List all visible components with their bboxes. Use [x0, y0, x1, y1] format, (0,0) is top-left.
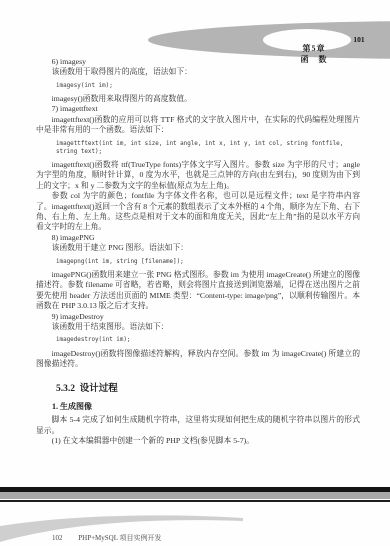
text-block-h4: 1. 生成图像 — [52, 401, 360, 412]
text-block-code: imagesy(int im); — [56, 82, 360, 90]
footer-page-number: 102 — [52, 534, 63, 542]
text-block-p: 该函数用于取得图片的高度，语法如下： — [36, 67, 360, 77]
page-number: 101 — [344, 35, 374, 44]
text-block-code: imagettftext(int im, int size, int angle… — [56, 140, 360, 156]
text-block-p: imagettftext()函数的应用可以将 TTF 格式的文字放入图片中，在实… — [36, 115, 360, 136]
text-block-p: 该函数用于建立 PNG 图形。语法如下： — [36, 243, 360, 253]
text-block-p: 该函数用于结束图形。语法如下： — [36, 322, 360, 332]
text-block-li: 6) imagesy — [36, 57, 360, 67]
footer-book-title: PHP+MySQL 项目实例开发 — [78, 534, 161, 542]
book-page: 第5章 函 数 101 6) imagesy该函数用于取得图片的高度，语法如下：… — [0, 0, 390, 546]
page-content: 6) imagesy该函数用于取得图片的高度，语法如下：imagesy(int … — [36, 57, 360, 447]
text-block-li: 7) imagettftext — [36, 104, 360, 114]
bottom-rule-thin — [0, 500, 390, 502]
bottom-rule-gray — [0, 492, 390, 499]
text-block-p: (1) 在文本编辑器中创建一个新的 PHP 文档(参见脚本 5-7)。 — [36, 436, 360, 446]
text-block-p: 参数 col 为字的颜色；fontfile 为字体文件名称，也可以是远程文件；t… — [36, 191, 360, 233]
text-block-li: 9) imageDestroy — [36, 312, 360, 322]
text-block-p: imageDestroy()函数将图像描述符解构，释放内存空间。参数 im 为 … — [36, 349, 360, 370]
text-block-code: imagepng(int im, string [filename]); — [56, 258, 360, 266]
text-block-h3: 5.3.2 设计过程 — [56, 380, 360, 394]
text-block-p: 脚本 5-4 完成了如何生成随机字符串，这里将实现如何把生成的随机字符串以图片的… — [36, 415, 360, 436]
text-block-p: imagesy()函数用来取得图片的高度数值。 — [36, 94, 360, 104]
text-block-li: 8) imagePNG — [36, 233, 360, 243]
running-foot: 102 PHP+MySQL 项目实例开发 — [52, 533, 352, 543]
chapter-label: 第5章 — [303, 44, 326, 53]
text-block-code: imagedestroy(int im); — [56, 336, 360, 344]
text-block-p: imagePNG()函数用来建立一张 PNG 格式图形。参数 im 为使用 im… — [36, 270, 360, 312]
text-block-p: imagettftext()函数将 ttf(TrueType fonts)字体文… — [36, 160, 360, 191]
